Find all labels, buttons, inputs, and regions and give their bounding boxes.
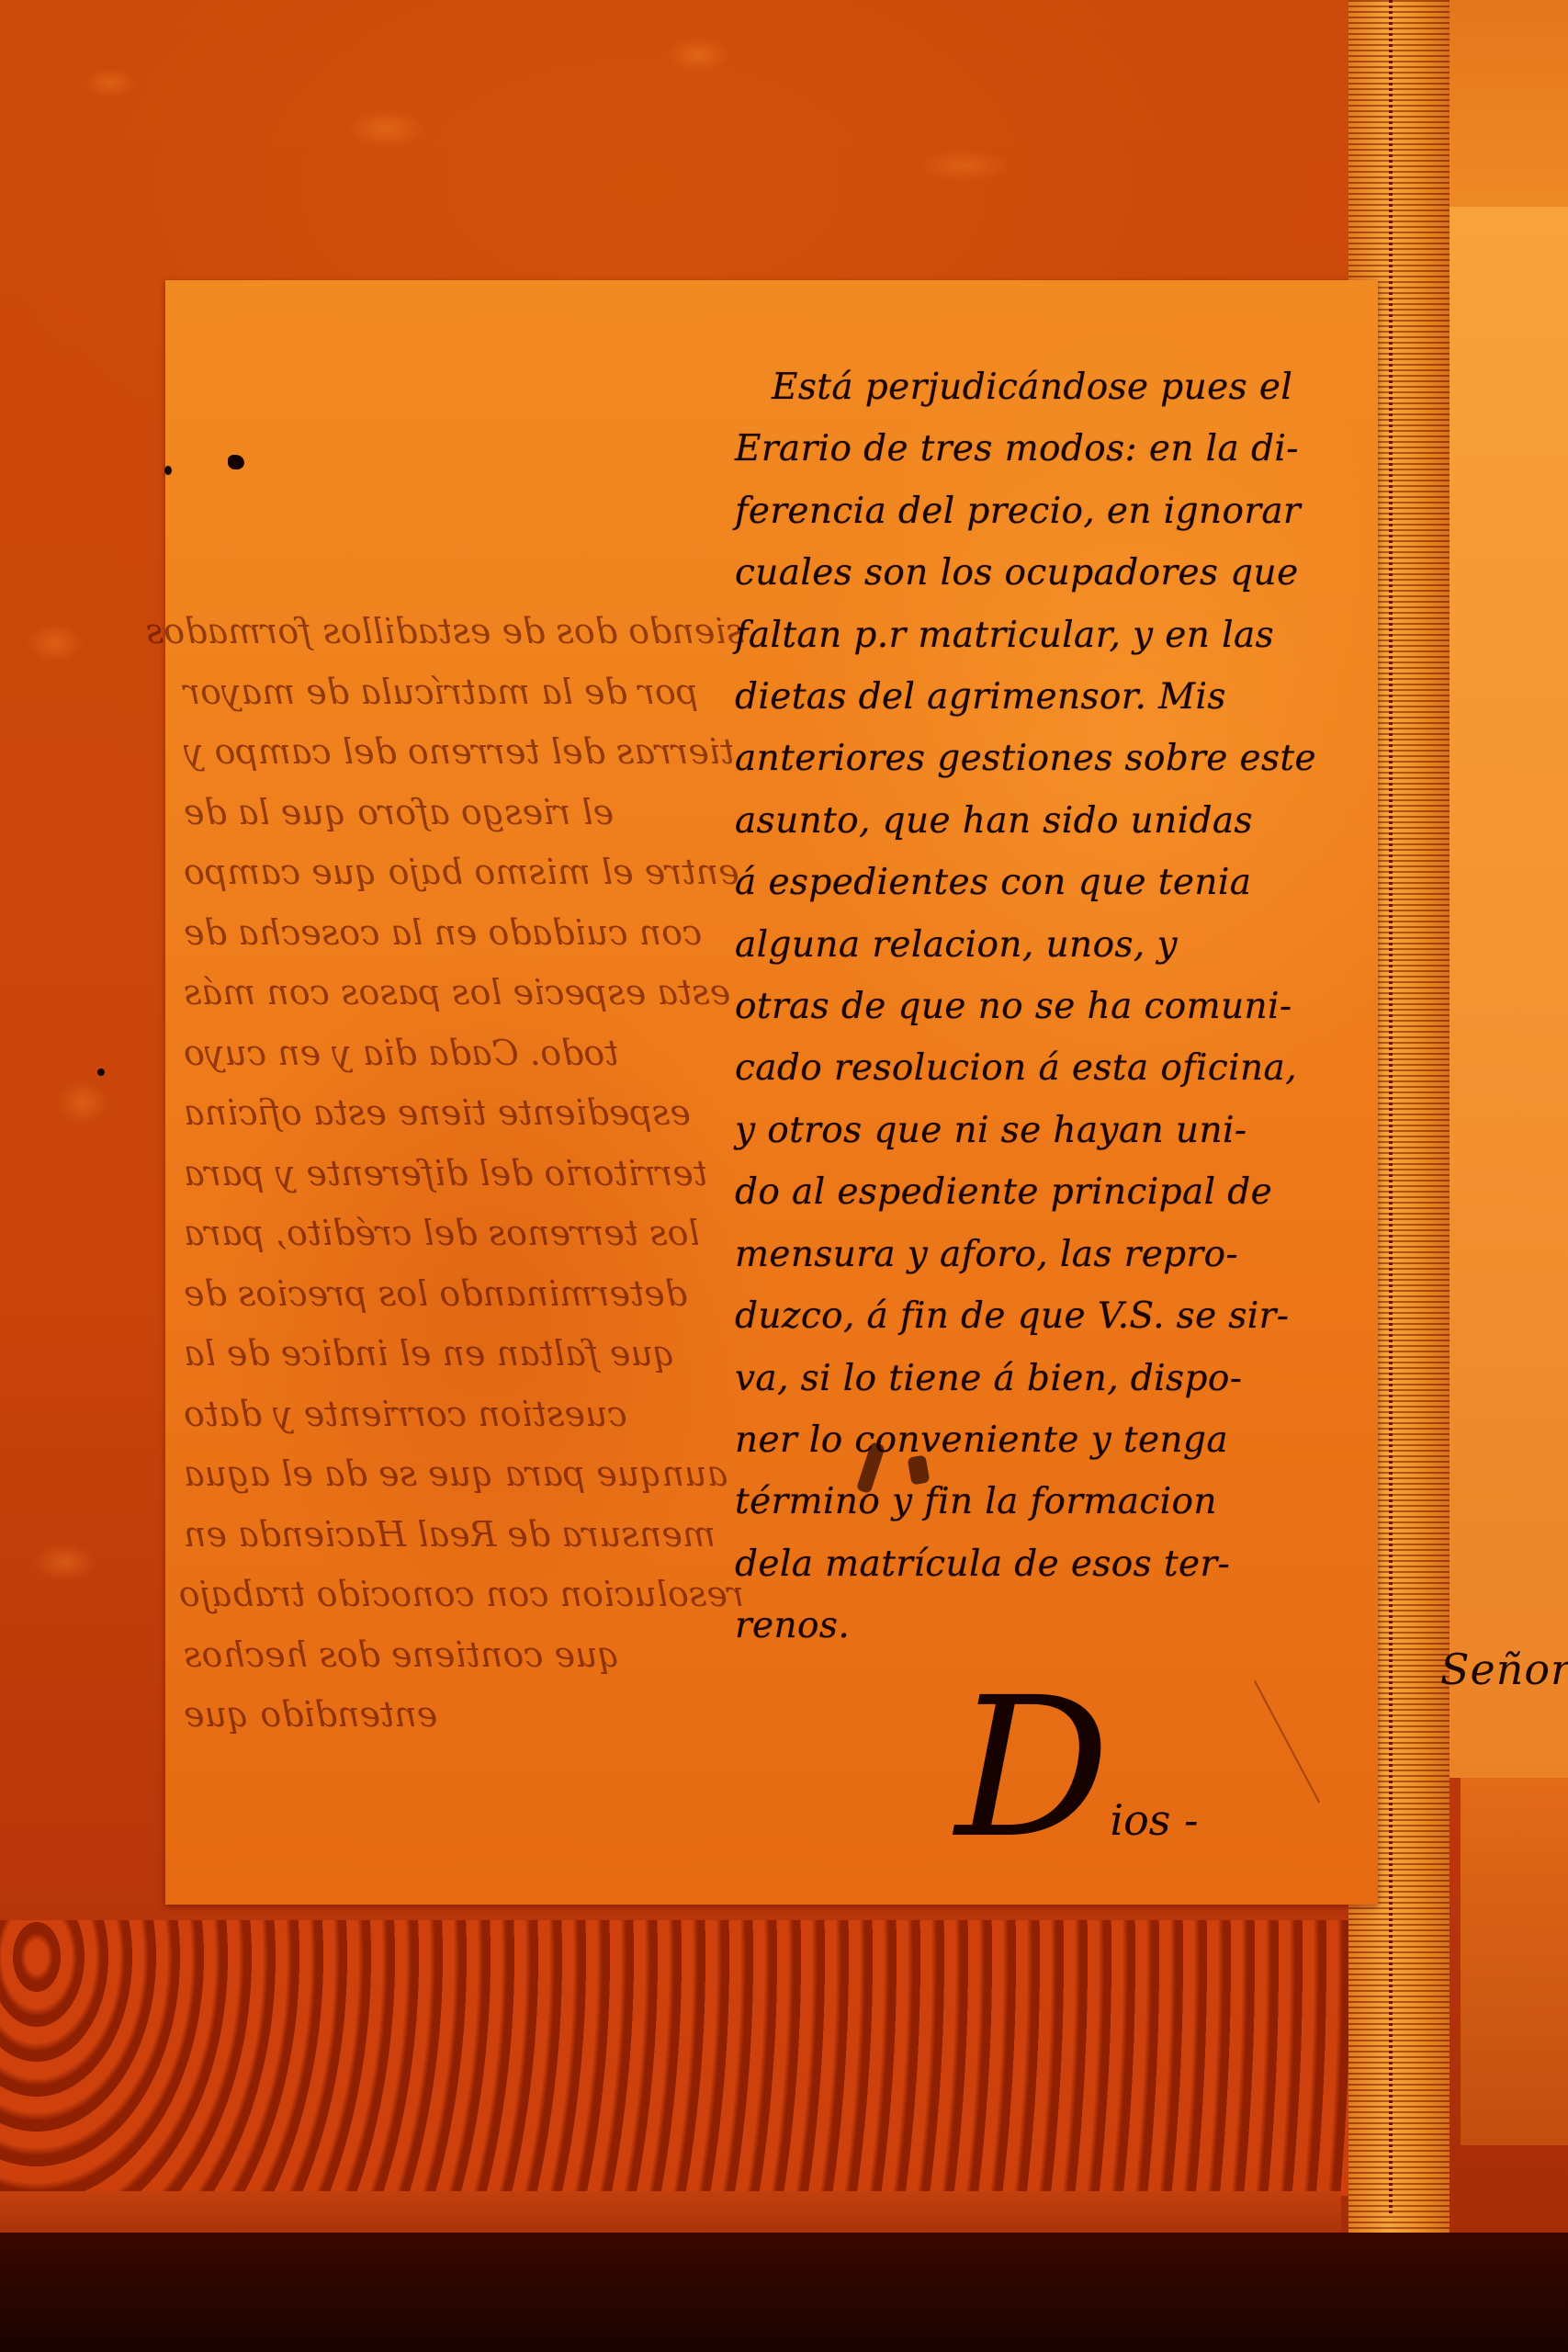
adjacent-page-lower <box>1461 1778 1568 2145</box>
backing-board-texture <box>0 1920 1359 2196</box>
bleed-line: esta especie los pasos con más <box>184 963 744 1023</box>
text-line: renos. <box>735 1595 1323 1657</box>
text-line: ferencia del precio, en ignorar <box>735 481 1323 542</box>
bleed-line: siendo dos de estadillos formados <box>184 602 744 662</box>
text-line: dietas del agrimensor. Mis <box>735 666 1323 728</box>
text-line: Está perjudicándose pues el <box>735 356 1323 418</box>
text-line: ner lo conveniente y tenga <box>735 1409 1323 1471</box>
text-line: término y fin la formacion <box>735 1471 1323 1532</box>
bleed-line: territorio del diferente y para <box>184 1144 744 1204</box>
text-line: dela matrícula de esos ter- <box>735 1533 1323 1595</box>
board-edge <box>0 2191 1341 2237</box>
text-line: duzco, á fin de que V.S. se sir- <box>735 1285 1323 1347</box>
bleed-line: entre el mismo bajo que campo <box>184 842 744 903</box>
bleed-line: espediente tiene esta oficina <box>184 1083 744 1144</box>
bleed-line: todo. Cada dia y en cuyo <box>184 1023 744 1084</box>
bleed-line: con cuidado en la cosecha de <box>184 903 744 964</box>
ink-blot <box>228 455 244 469</box>
flourished-initial: D <box>955 1656 1110 1881</box>
text-line: faltan p.r matricular, y en las <box>735 605 1323 666</box>
text-line: á espedientes con que tenia <box>735 852 1323 913</box>
binding-stitching <box>1389 0 1393 2214</box>
text-line: anteriores gestiones sobre este <box>735 728 1323 789</box>
bleed-line: tierras del terreno del campo y <box>184 722 744 783</box>
bleed-line: que faltan en el indice de la <box>184 1324 744 1385</box>
ink-blot <box>164 466 172 475</box>
text-line: do al espediente principal de <box>735 1161 1323 1223</box>
text-line: va, si lo tiene á bien, dispo- <box>735 1348 1323 1409</box>
adjacent-page-top <box>1429 0 1568 207</box>
bleed-line: que contiene dos hechos <box>184 1625 744 1686</box>
closing-salutation: Dios - <box>955 1672 1199 1865</box>
bleed-line: cuestion corriente y dato <box>184 1385 744 1445</box>
bleed-line: por de la matrícula de mayor <box>184 662 744 723</box>
text-line: asunto, que han sido unidas <box>735 790 1323 852</box>
text-line: alguna relacion, unos, y <box>735 914 1323 976</box>
dark-surface <box>0 2233 1568 2352</box>
bleed-line: resolucion con conocido trabajo <box>184 1565 744 1625</box>
ink-blot <box>97 1069 105 1076</box>
bleed-line: el riesgo aforo que la de <box>184 783 744 843</box>
text-line: mensura y aforo, las repro- <box>735 1224 1323 1285</box>
text-line: cuales son los ocupadores que <box>735 542 1323 604</box>
bleed-through-text: siendo dos de estadillos formados por de… <box>184 602 744 1746</box>
text-line: y otros que ni se hayan uni- <box>735 1100 1323 1161</box>
closing-text: ios - <box>1110 1795 1198 1845</box>
bleed-line: aunque para que se da el agua <box>184 1444 744 1505</box>
text-line: otras de que no se ha comuni- <box>735 976 1323 1037</box>
handwritten-text-block: Está perjudicándose pues el Erario de tr… <box>735 356 1323 1657</box>
bleed-line: determinando los precios de <box>184 1264 744 1325</box>
bleed-line: los terrenos del crédito, para <box>184 1204 744 1264</box>
adjacent-page-text: Señor <box>1440 1645 1568 1694</box>
bleed-line: mensura de Real Hacienda en <box>184 1505 744 1566</box>
bleed-line: entendido que <box>184 1685 744 1746</box>
text-line: Erario de tres modos: en la di- <box>735 418 1323 480</box>
page-crease <box>1254 1680 1320 1803</box>
text-line: cado resolucion á esta oficina, <box>735 1037 1323 1099</box>
adjacent-page <box>1429 207 1568 1778</box>
